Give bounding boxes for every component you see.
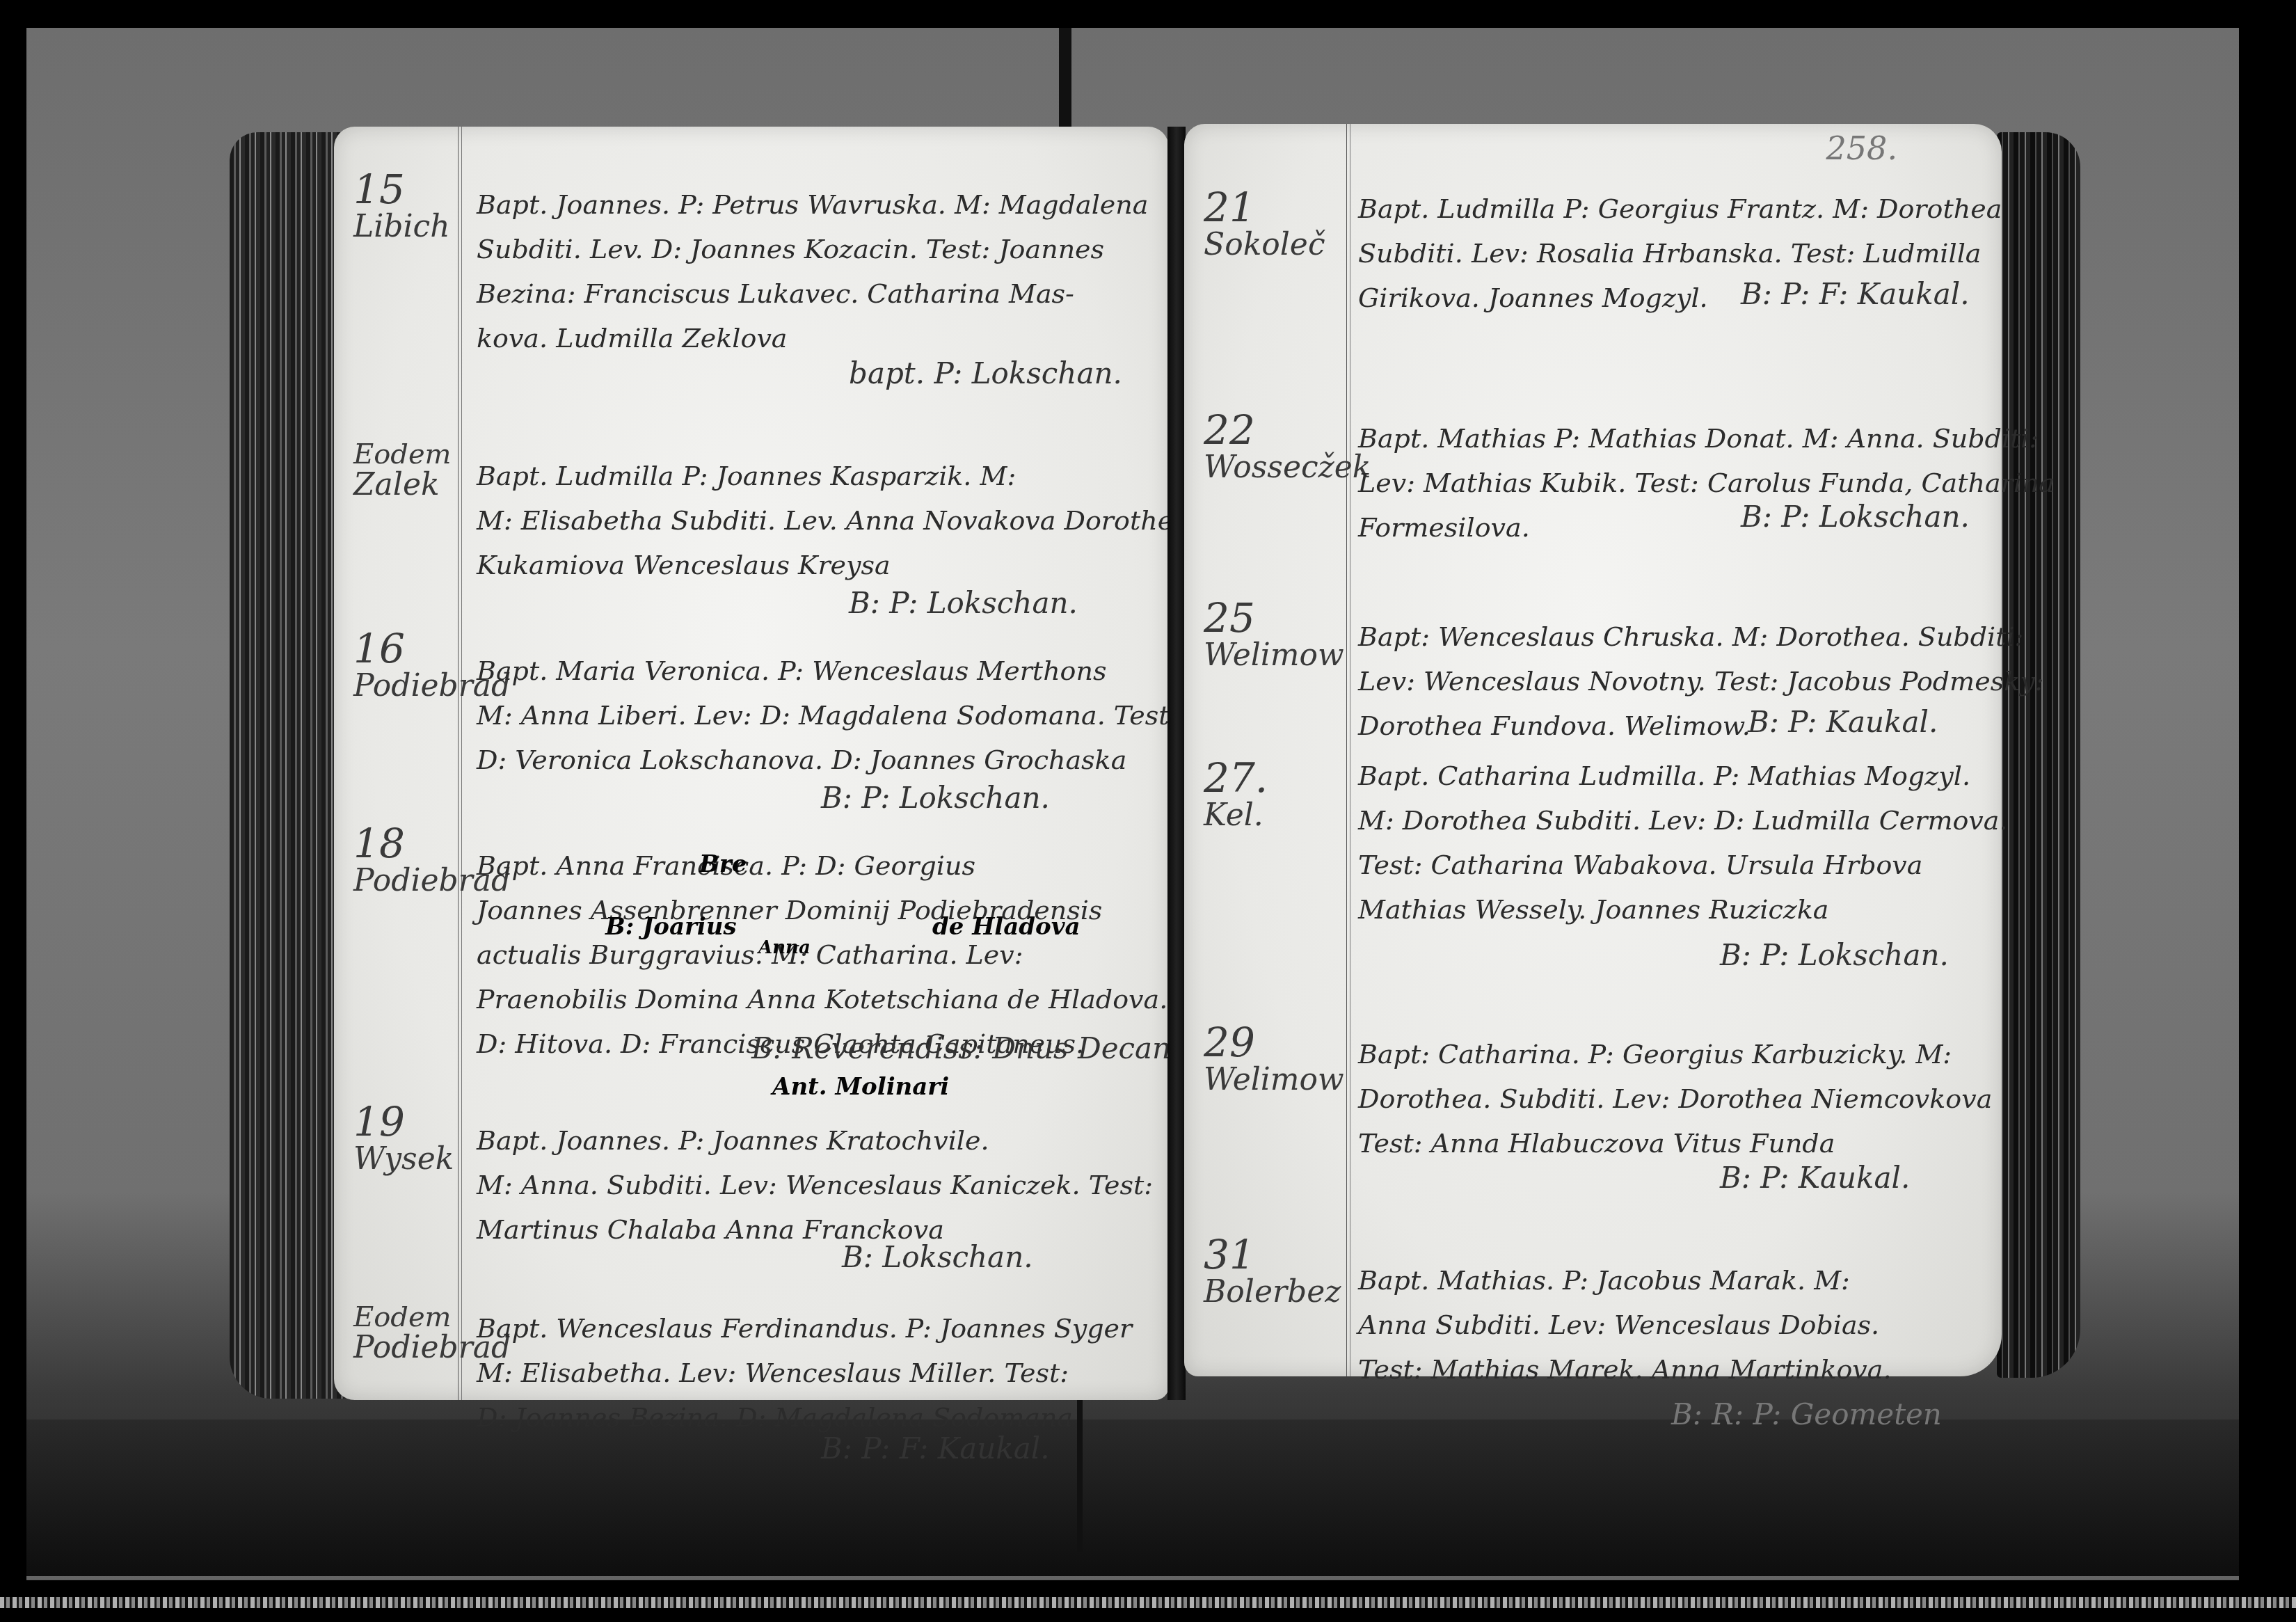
entry-date-place: 25 Welimow (1204, 597, 1344, 671)
entry-place: Libich (353, 211, 450, 243)
entry-line: Bapt. Mathias P: Mathias Donat. M: Anna.… (1358, 416, 2055, 461)
entry-line: M: Elisabetha. Lev: Wenceslaus Miller. T… (477, 1351, 1132, 1395)
entry-line: Joannes Assenbrenner Dominij Podiebraden… (477, 888, 1241, 932)
entry-line: Bapt. Ludmilla P: Joannes Kasparzik. M: (477, 454, 1189, 498)
priest-signature: B: P: Kaukal. (1720, 1161, 1910, 1195)
scan-artifact-line (26, 1576, 2239, 1580)
priest-signature: B: P: Kaukal. (1748, 705, 1938, 739)
entry-text: Bapt. Wenceslaus Ferdinandus. P: Joannes… (477, 1306, 1132, 1440)
later-annotation: Anna (758, 937, 811, 958)
left-page: 15 Libich Bapt. Joannes. P: Petrus Wavru… (334, 127, 1169, 1400)
entry-line: Martinus Chalaba Anna Franckova (477, 1207, 1153, 1252)
entry-day: Eodem (353, 440, 452, 469)
entry-line: Lev: Mathias Kubik. Test: Carolus Funda,… (1358, 461, 2055, 505)
entry-line: M: Dorothea Subditi. Lev: D: Ludmilla Ce… (1358, 798, 2008, 843)
entry-line: Bezina: Franciscus Lukavec. Catharina Ma… (477, 271, 1148, 316)
entry-place: Bolerbez (1204, 1276, 1341, 1308)
entry-day: 19 (353, 1101, 454, 1143)
entry-line: Bapt. Catharina Ludmilla. P: Mathias Mog… (1358, 754, 2008, 798)
book-fore-edge-left (230, 132, 348, 1399)
entry-line: Bapt. Anna Francisca. P: D: Georgius (477, 843, 1241, 888)
book-fore-edge-right (1997, 132, 2080, 1378)
priest-signature: bapt. P: Lokschan. (849, 356, 1122, 390)
entry-day: 21 (1204, 186, 1325, 229)
entry-day: 22 (1204, 409, 1371, 452)
entry-line: Bapt. Joannes. P: Petrus Wavruska. M: Ma… (477, 182, 1148, 227)
entry-date-place: 21 Sokoleč (1204, 186, 1325, 261)
priest-signature: B: P: Lokschan. (849, 586, 1078, 620)
entry-text: Bapt: Catharina. P: Georgius Karbuzicky.… (1358, 1032, 1992, 1166)
table-shadow (26, 1420, 2239, 1580)
priest-signature: B: R: P: Geometen (1671, 1397, 1942, 1431)
entry-line: Mathias Wessely. Joannes Ruziczka (1358, 887, 2008, 932)
entry-line: D: Veronica Lokschanova. D: Joannes Groc… (477, 738, 1178, 782)
entry-text: Bapt. Ludmilla P: Joannes Kasparzik. M: … (477, 454, 1189, 587)
entry-date-place: 29 Welimow (1204, 1021, 1344, 1096)
entry-date-place: 27. Kel. (1204, 757, 1268, 832)
entry-text: Bapt. Joannes. P: Petrus Wavruska. M: Ma… (477, 182, 1148, 360)
entry-line: Test: Mathias Marek. Anna Martinkova. (1358, 1347, 1892, 1392)
priest-signature: B: P: F: Kaukal. (1741, 277, 1970, 311)
entry-line: Bapt. Joannes. P: Joannes Kratochvile. (477, 1118, 1153, 1163)
entry-line: Anna Subditi. Lev: Wenceslaus Dobias. (1358, 1303, 1892, 1347)
entry-place: Wossecžek (1204, 452, 1371, 484)
entry-date-place: Eodem Zalek (353, 440, 452, 501)
entry-line: Kukamiova Wenceslaus Kreysa (477, 543, 1189, 587)
entry-day: 29 (1204, 1021, 1344, 1064)
entry-line: M: Anna Liberi. Lev: D: Magdalena Sodoma… (477, 693, 1178, 738)
entry-line: Dorothea Fundova. Welimow. (1358, 703, 2043, 748)
book-gutter (1167, 127, 1186, 1400)
entry-line: Test: Anna Hlabuczova Vitus Funda (1358, 1121, 1992, 1166)
entry-place: Zalek (353, 469, 452, 501)
entry-line: Bapt: Wenceslaus Chruska. M: Dorothea. S… (1358, 614, 2043, 659)
later-annotation: de Hladova (932, 913, 1081, 941)
entry-day: 31 (1204, 1234, 1341, 1276)
entry-place: Welimow (1204, 1064, 1344, 1096)
margin-rule (1346, 124, 1350, 1376)
priest-signature: B: P: F: Kaukal. (821, 1431, 1050, 1465)
entry-line: M: Anna. Subditi. Lev: Wenceslaus Kanicz… (477, 1163, 1153, 1207)
entry-line: Bapt. Ludmilla P: Georgius Frantz. M: Do… (1358, 186, 2002, 231)
later-annotation: Bre (699, 850, 747, 878)
entry-date-place: 19 Wysek (353, 1101, 454, 1175)
entry-line: Bapt. Wenceslaus Ferdinandus. P: Joannes… (477, 1306, 1132, 1351)
entry-line: kova. Ludmilla Zeklova (477, 316, 1148, 360)
entry-text: Bapt. Maria Veronica. P: Wenceslaus Mert… (477, 649, 1178, 782)
priest-signature: B: P: Lokschan. (1720, 938, 1949, 972)
entry-line: Bapt: Catharina. P: Georgius Karbuzicky.… (1358, 1032, 1992, 1076)
entry-text: Bapt. Catharina Ludmilla. P: Mathias Mog… (1358, 754, 2008, 932)
entry-day: 25 (1204, 597, 1344, 639)
entry-day: 15 (353, 168, 450, 211)
later-annotation: B: Joarius (605, 913, 737, 941)
entry-line: M: Elisabetha Subditi. Lev. Anna Novakov… (477, 498, 1189, 543)
later-annotation: Ant. Molinari (772, 1073, 949, 1101)
entry-text: Bapt. Mathias. P: Jacobus Marak. M: Anna… (1358, 1258, 1892, 1392)
film-edge-noise (0, 1597, 2296, 1608)
entry-date-place: 22 Wossecžek (1204, 409, 1371, 484)
entry-date-place: 15 Libich (353, 168, 450, 243)
entry-line: Test: Catharina Wabakova. Ursula Hrbova (1358, 843, 2008, 887)
entry-place: Welimow (1204, 639, 1344, 671)
priest-signature: B: Reverendiss: Dnus Decanus (751, 1031, 1205, 1065)
entry-place: Kel. (1204, 800, 1268, 832)
priest-signature: B: P: Lokschan. (821, 781, 1050, 815)
entry-line: Subditi. Lev: Rosalia Hrbanska. Test: Lu… (1358, 231, 2002, 276)
entry-text: Bapt: Wenceslaus Chruska. M: Dorothea. S… (1358, 614, 2043, 748)
priest-signature: B: Lokschan. (842, 1240, 1033, 1274)
right-page: 258. 21 Sokoleč Bapt. Ludmilla P: Georgi… (1184, 124, 2002, 1376)
entry-line: Bapt. Maria Veronica. P: Wenceslaus Mert… (477, 649, 1178, 693)
entry-line: Dorothea. Subditi. Lev: Dorothea Niemcov… (1358, 1076, 1992, 1121)
entry-line: Subditi. Lev. D: Joannes Kozacin. Test: … (477, 227, 1148, 271)
priest-signature: B: P: Lokschan. (1741, 500, 1970, 534)
entry-line: actualis Burggravius. M: Catharina. Lev: (477, 932, 1241, 977)
entry-text: Bapt. Joannes. P: Joannes Kratochvile. M… (477, 1118, 1153, 1252)
page-number: 258. (1826, 129, 1897, 167)
entry-line: Praenobilis Domina Anna Kotetschiana de … (477, 977, 1241, 1021)
entry-place: Wysek (353, 1143, 454, 1175)
entry-day: 27. (1204, 757, 1268, 800)
entry-line: Lev: Wenceslaus Novotny. Test: Jacobus P… (1358, 659, 2043, 703)
margin-rule (458, 127, 462, 1400)
entry-line: Bapt. Mathias. P: Jacobus Marak. M: (1358, 1258, 1892, 1303)
entry-place: Sokoleč (1204, 229, 1325, 261)
entry-date-place: 31 Bolerbez (1204, 1234, 1341, 1308)
